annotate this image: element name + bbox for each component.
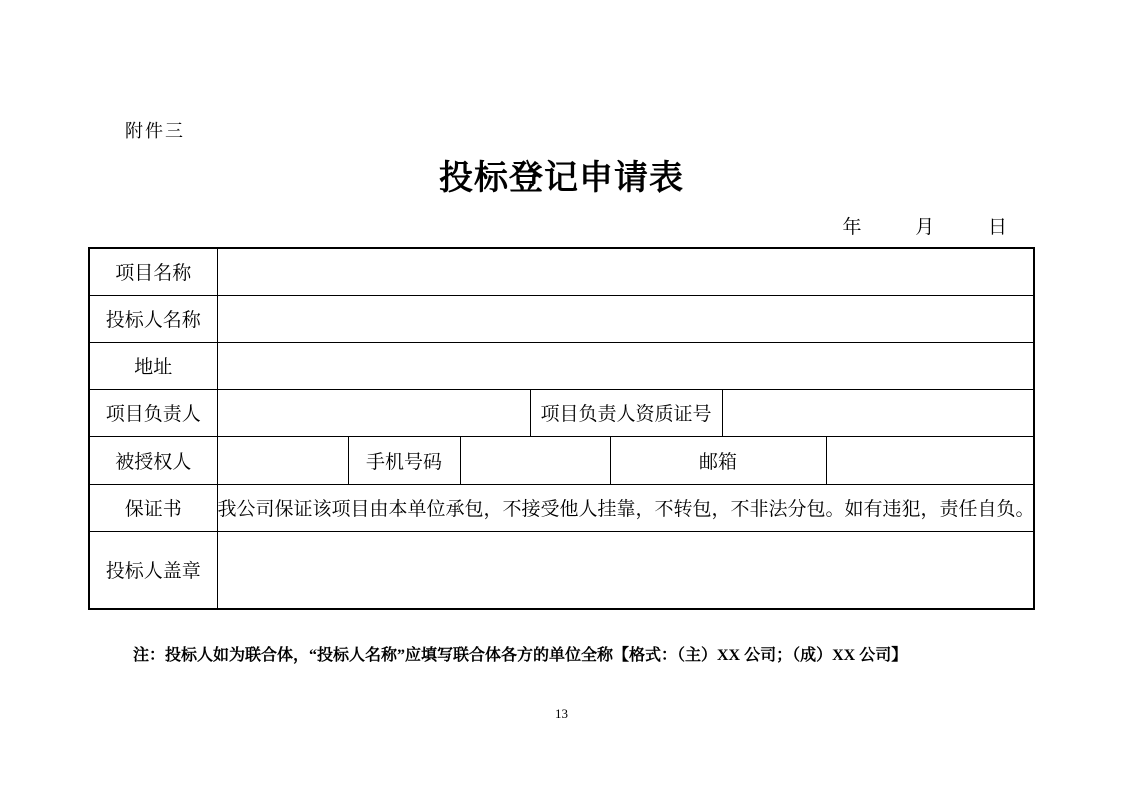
registration-form-table: 项目名称 投标人名称 地址 项目负责人 项目负责人资质证号 被授权人 手机号码 xyxy=(88,247,1035,610)
year-label: 年 xyxy=(842,217,861,238)
address-label: 地址 xyxy=(89,342,217,389)
bidder-seal-value-cell xyxy=(217,531,1034,609)
table-row-project-name: 项目名称 xyxy=(89,248,1034,295)
bidder-name-label: 投标人名称 xyxy=(89,295,217,342)
address-value-cell xyxy=(217,342,1034,389)
project-manager-value-cell xyxy=(217,389,530,436)
project-manager-label: 项目负责人 xyxy=(89,389,217,436)
mobile-value-cell xyxy=(460,436,610,484)
table-row-bidder-name: 投标人名称 xyxy=(89,295,1034,342)
month-label: 月 xyxy=(915,217,934,238)
mobile-label: 手机号码 xyxy=(348,436,460,484)
pm-certificate-label: 项目负责人资质证号 xyxy=(530,389,722,436)
project-name-label: 项目名称 xyxy=(89,248,217,295)
authorized-person-label: 被授权人 xyxy=(89,436,217,484)
project-name-value-cell xyxy=(217,248,1034,295)
guarantee-text: 我公司保证该项目由本单位承包，不接受他人挂靠，不转包，不非法分包。如有违犯，责任… xyxy=(217,484,1034,531)
email-value-cell xyxy=(826,436,1034,484)
note-text: 注：投标人如为联合体，“投标人名称”应填写联合体各方的单位全称【格式：（主）XX… xyxy=(133,642,907,665)
table-row-guarantee: 保证书 我公司保证该项目由本单位承包，不接受他人挂靠，不转包，不非法分包。如有违… xyxy=(89,484,1034,531)
bidder-seal-label: 投标人盖章 xyxy=(89,531,217,609)
pm-certificate-value-cell xyxy=(722,389,1034,436)
table-row-project-manager: 项目负责人 项目负责人资质证号 xyxy=(89,389,1034,436)
table-row-address: 地址 xyxy=(89,342,1034,389)
day-label: 日 xyxy=(988,217,1007,238)
guarantee-label: 保证书 xyxy=(89,484,217,531)
authorized-person-value-cell xyxy=(217,436,348,484)
date-line: 年 月 日 xyxy=(842,212,1007,239)
page-title: 投标登记申请表 xyxy=(0,150,1123,199)
page-number: 13 xyxy=(0,706,1123,722)
email-label: 邮箱 xyxy=(610,436,826,484)
document-page: 附件三 投标登记申请表 年 月 日 项目名称 投标人名称 xyxy=(0,0,1123,794)
table-row-authorized-person: 被授权人 手机号码 邮箱 xyxy=(89,436,1034,484)
attachment-label: 附件三 xyxy=(125,117,185,143)
table-row-bidder-seal: 投标人盖章 xyxy=(89,531,1034,609)
bidder-name-value-cell xyxy=(217,295,1034,342)
